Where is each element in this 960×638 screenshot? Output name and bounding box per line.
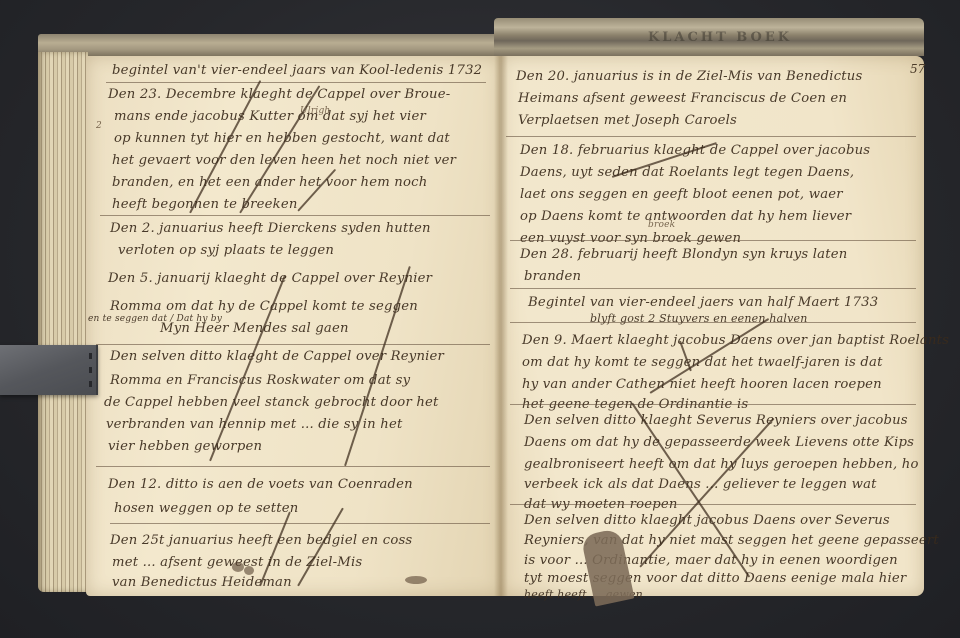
entry-line: Heimans afsent geweest Franciscus de Coe… [518,88,847,109]
divider [506,136,916,137]
entry-line: vier hebben geworpen [108,436,262,457]
book-top-edge-left [38,34,500,56]
spine-label: KLACHT BOEK [560,32,880,44]
entry-line: Den 28. februarij heeft Blondyn syn kruy… [520,244,847,265]
page-clip-weight [0,345,98,395]
divider [96,344,490,345]
ink-stain [244,566,254,575]
divider [106,82,486,83]
page-stack-edge [38,52,88,592]
entry-line: Romma en Franciscus Roskwater om dat sy [110,370,410,391]
book-gutter [494,56,508,596]
entry-line: blyft gost 2 Stuyvers en eenen halven [590,308,808,329]
entry-line: heeft begonnen te breeken [112,194,298,215]
entry-line: verloten op syj plaats te leggen [118,240,334,261]
entry-line: Den 25t januarius heeft een bedgiel en c… [110,530,412,551]
entry-line: Myn Heer Mendes sal gaen [160,318,349,339]
entry-line: hosen weggen op te setten [114,498,299,519]
entry-line: Den selven ditto klaeght de Cappel over … [110,346,444,367]
left-header: begintel van't vier-endeel jaars van Koo… [112,60,482,81]
clip-hole [89,367,92,373]
entry-line: Den 23. Decembre klaeght de Cappel over … [108,84,450,105]
entry-line: hy van ander Cathen niet heeft hooren la… [522,374,882,395]
clip-hole [89,353,92,359]
divider [100,215,490,216]
page-number: 57 [910,62,925,76]
entry-line: Den 5. januarij klaeght de Cappel over R… [108,268,432,289]
divider [510,404,916,405]
divider [96,466,490,467]
ink-stain [232,562,244,572]
entry-line: het gevaert voor den leven heen het noch… [112,150,456,171]
entry-line: op Daens komt te antwoorden dat hy hem l… [520,206,851,227]
entry-line: om dat hy komt te seggen dat het twaelf-… [522,352,883,373]
ink-stain [405,576,427,584]
entry-line: Den 20. januarius is in de Ziel-Mis van … [516,66,862,87]
clip-hole [89,381,92,387]
entry-line: Verplaetsen met Joseph Caroels [518,110,737,131]
divider [510,288,916,289]
entry-line: Den selven ditto klaeght Severus Reynier… [524,410,908,431]
entry-line: laet ons seggen en geeft bloot eenen pot… [520,184,843,205]
entry-line: Den 12. ditto is aen de voets van Coenra… [108,474,413,495]
entry-line: mans ende jacobus Kutter om dat syj het … [114,106,426,127]
divider [110,523,490,524]
divider [510,504,916,505]
entry-line: Daens, uyt seden dat Roelants legt tegen… [520,162,854,183]
margin-note: 2 [96,116,102,137]
entry-line: de Cappel hebben veel stanck gebrocht do… [104,392,439,413]
entry-line: branden, en het een ander het voor hem n… [112,172,427,193]
entry-line: Daens om dat hy de gepasseerde week Liev… [524,432,914,453]
entry-line: gealbroniseert heeft om dat hy luys gero… [524,454,919,475]
entry-line: branden [524,266,581,287]
divider [510,240,916,241]
entry-line: verbeek ick als dat Daens ... geliever t… [524,474,877,495]
divider [510,322,916,323]
entry-line: Den 2. januarius heeft Dierckens syden h… [110,218,431,239]
